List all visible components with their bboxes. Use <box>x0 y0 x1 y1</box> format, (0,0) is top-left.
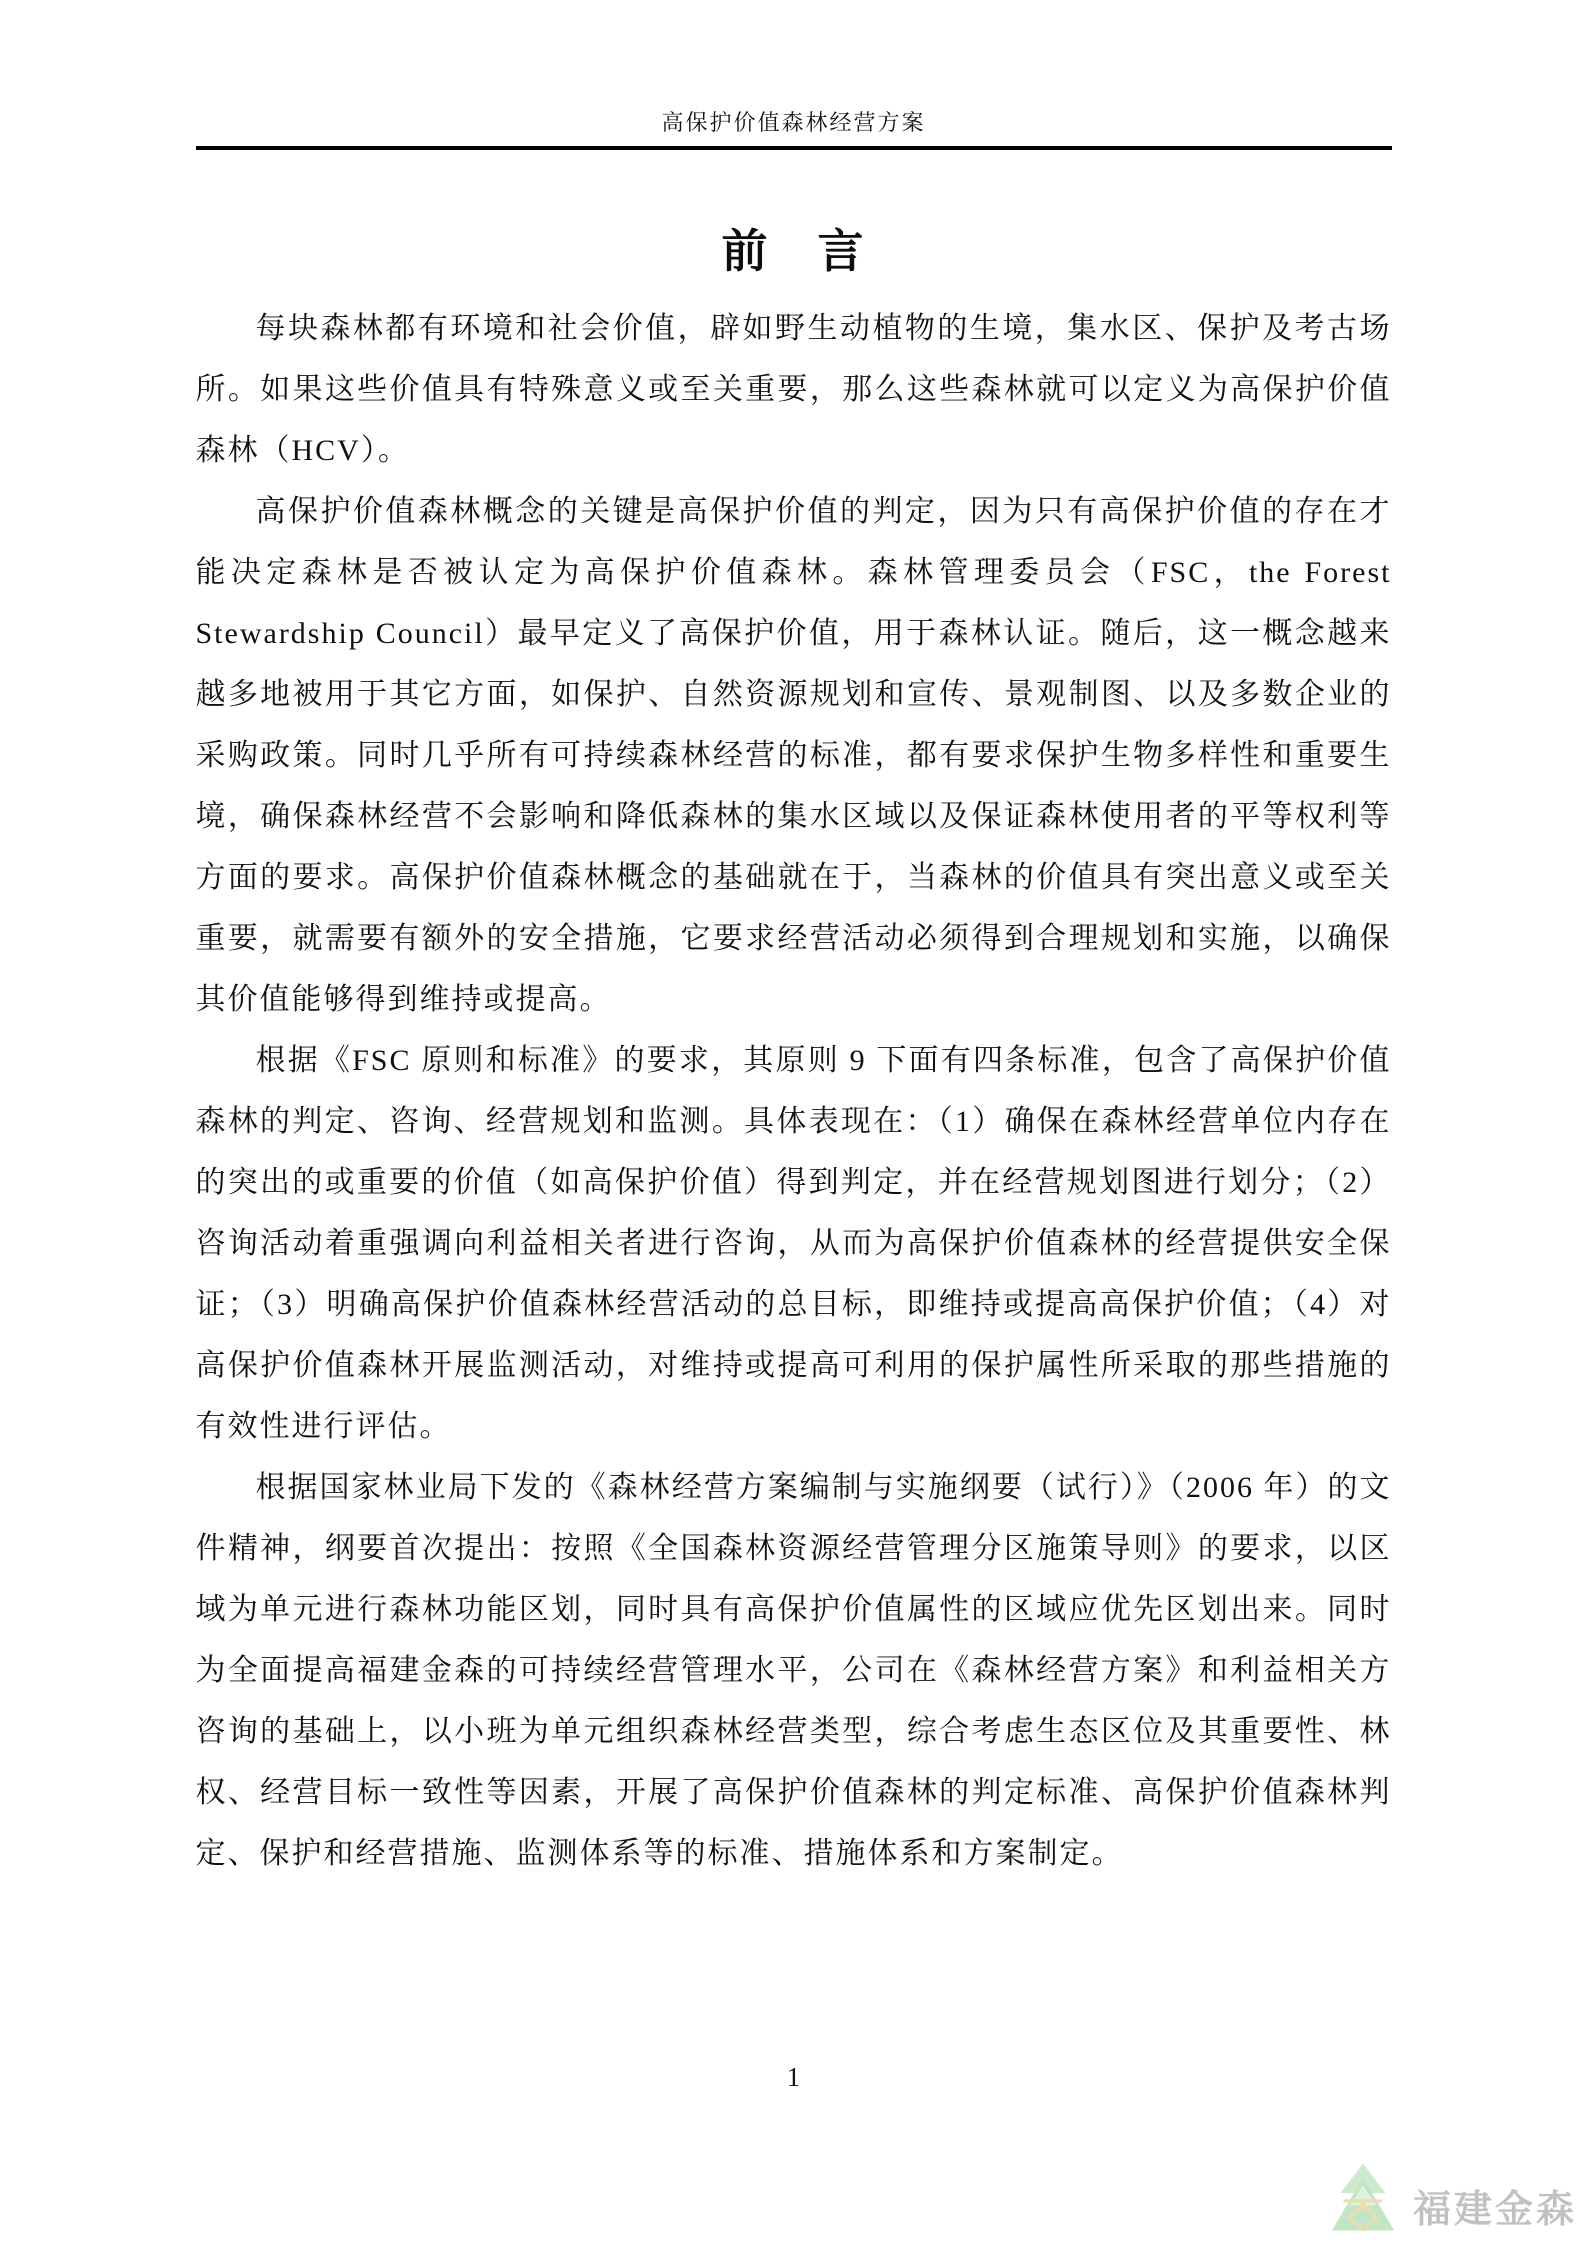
page-title: 前 言 <box>196 222 1392 282</box>
header-rule <box>196 146 1392 150</box>
company-logo: 福建金森 <box>1323 2162 1577 2237</box>
page-number: 1 <box>0 2062 1587 2093</box>
document-page: 高保护价值森林经营方案 前 言 每块森林都有环境和社会价值，辟如野生动植物的生境… <box>0 0 1587 2245</box>
paragraph: 根据国家林业局下发的《森林经营方案编制与实施纲要（试行）》（2006 年）的文件… <box>196 1457 1392 1884</box>
document-body: 每块森林都有环境和社会价值，辟如野生动植物的生境，集水区、保护及考古场所。如果这… <box>196 298 1392 1884</box>
paragraph: 高保护价值森林概念的关键是高保护价值的判定，因为只有高保护价值的存在才能决定森林… <box>196 481 1392 1030</box>
paragraph: 根据《FSC 原则和标准》的要求，其原则 9 下面有四条标准，包含了高保护价值森… <box>196 1030 1392 1457</box>
logo-text: 福建金森 <box>1413 2191 1577 2237</box>
pine-tree-icon <box>1323 2162 1403 2237</box>
running-header: 高保护价值森林经营方案 <box>196 0 1392 138</box>
paragraph: 每块森林都有环境和社会价值，辟如野生动植物的生境，集水区、保护及考古场所。如果这… <box>196 298 1392 481</box>
